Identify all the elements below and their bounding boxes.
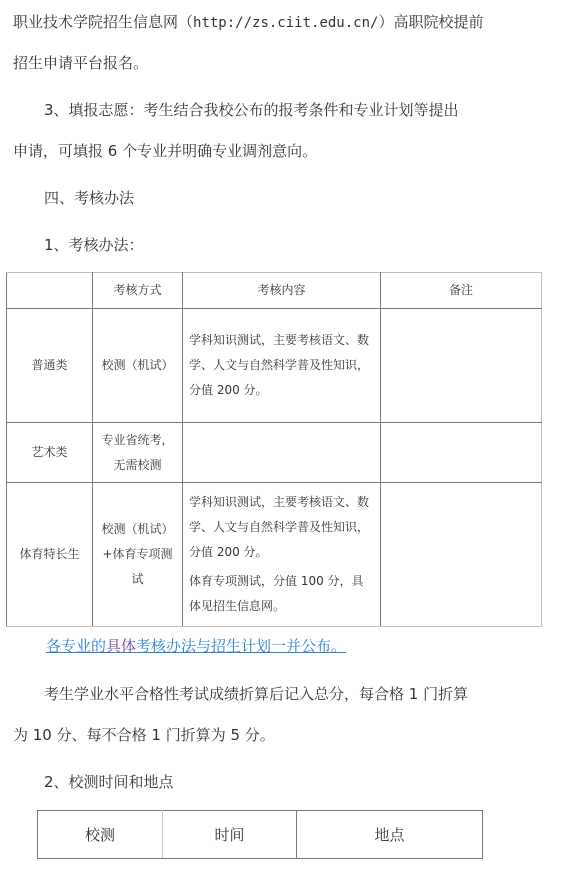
method-cell: 校测（机试）: [93, 309, 183, 423]
paragraph-scores-line2: 为 10 分、每不合格 1 门折算为 5 分。: [13, 727, 553, 743]
content-cell: [183, 423, 381, 483]
text: ）高职院校提前: [378, 13, 483, 31]
method-cell: 专业省统考，无需校测: [93, 423, 183, 483]
header-cell: 校测: [38, 811, 163, 859]
schedule-table: 校测 时间 地点: [37, 810, 483, 859]
content-text: 学科知识测试，主要考核语文、数学、人文与自然科学普及性知识，分值 200 分。: [189, 490, 372, 565]
sub-heading-schedule: 2、校测时间和地点: [44, 774, 562, 790]
header-cell: 时间: [163, 811, 297, 859]
table-row: 艺术类 专业省统考，无需校测: [7, 423, 542, 483]
link-text[interactable]: 考核办法与招生计划一并公布。: [136, 637, 346, 655]
sub-heading-assessment: 1、考核办法：: [44, 237, 562, 253]
content-cell: 学科知识测试，主要考核语文、数学、人文与自然科学普及性知识，分值 200 分。: [183, 309, 381, 423]
table-header-row: 校测 时间 地点: [38, 811, 483, 859]
table-header-row: 考核方式 考核内容 备注: [7, 273, 542, 309]
content-cell: 学科知识测试，主要考核语文、数学、人文与自然科学普及性知识，分值 200 分。 …: [183, 483, 381, 627]
content-text: 学科知识测试，主要考核语文、数学、人文与自然科学普及性知识，分值 200 分。: [189, 328, 372, 403]
table-row: 普通类 校测（机试） 学科知识测试，主要考核语文、数学、人文与自然科学普及性知识…: [7, 309, 542, 423]
header-cell: 备注: [381, 273, 542, 309]
note-cell: [381, 423, 542, 483]
section-heading: 四、考核办法: [44, 190, 562, 206]
text: 职业技术学院招生信息网（: [13, 13, 193, 31]
header-cell: 考核内容: [183, 273, 381, 309]
url-text: http://zs.ciit.edu.cn/: [193, 15, 378, 31]
method-cell: 校测（机试）+体育专项测试: [93, 483, 183, 627]
link-text[interactable]: 各专业的: [46, 637, 106, 655]
content-text: 体育专项测试，分值 100 分，具体见招生信息网。: [189, 569, 372, 619]
header-cell: [7, 273, 93, 309]
note-cell: [381, 483, 542, 627]
category-cell: 普通类: [7, 309, 93, 423]
assessment-table: 考核方式 考核内容 备注 普通类 校测（机试） 学科知识测试，主要考核语文、数学…: [6, 272, 542, 627]
note-cell: [381, 309, 542, 423]
link-text-visited[interactable]: 具体: [106, 637, 136, 655]
header-cell: 地点: [297, 811, 483, 859]
assessment-plan-link[interactable]: 各专业的具体考核办法与招生计划一并公布。: [46, 638, 346, 654]
paragraph-scores-line1: 考生学业水平合格性考试成绩折算后记入总分，每合格 1 门折算: [44, 686, 562, 702]
paragraph-application-line2: 招生申请平台报名。: [13, 55, 553, 71]
table-row: 体育特长生 校测（机试）+体育专项测试 学科知识测试，主要考核语文、数学、人文与…: [7, 483, 542, 627]
paragraph-application-line1: 职业技术学院招生信息网（http://zs.ciit.edu.cn/）高职院校提…: [13, 14, 553, 31]
paragraph-volunteer-line1: 3、填报志愿：考生结合我校公布的报考条件和专业计划等提出: [44, 102, 562, 118]
paragraph-volunteer-line2: 申请，可填报 6 个专业并明确专业调剂意向。: [13, 143, 553, 159]
category-cell: 艺术类: [7, 423, 93, 483]
category-cell: 体育特长生: [7, 483, 93, 627]
header-cell: 考核方式: [93, 273, 183, 309]
